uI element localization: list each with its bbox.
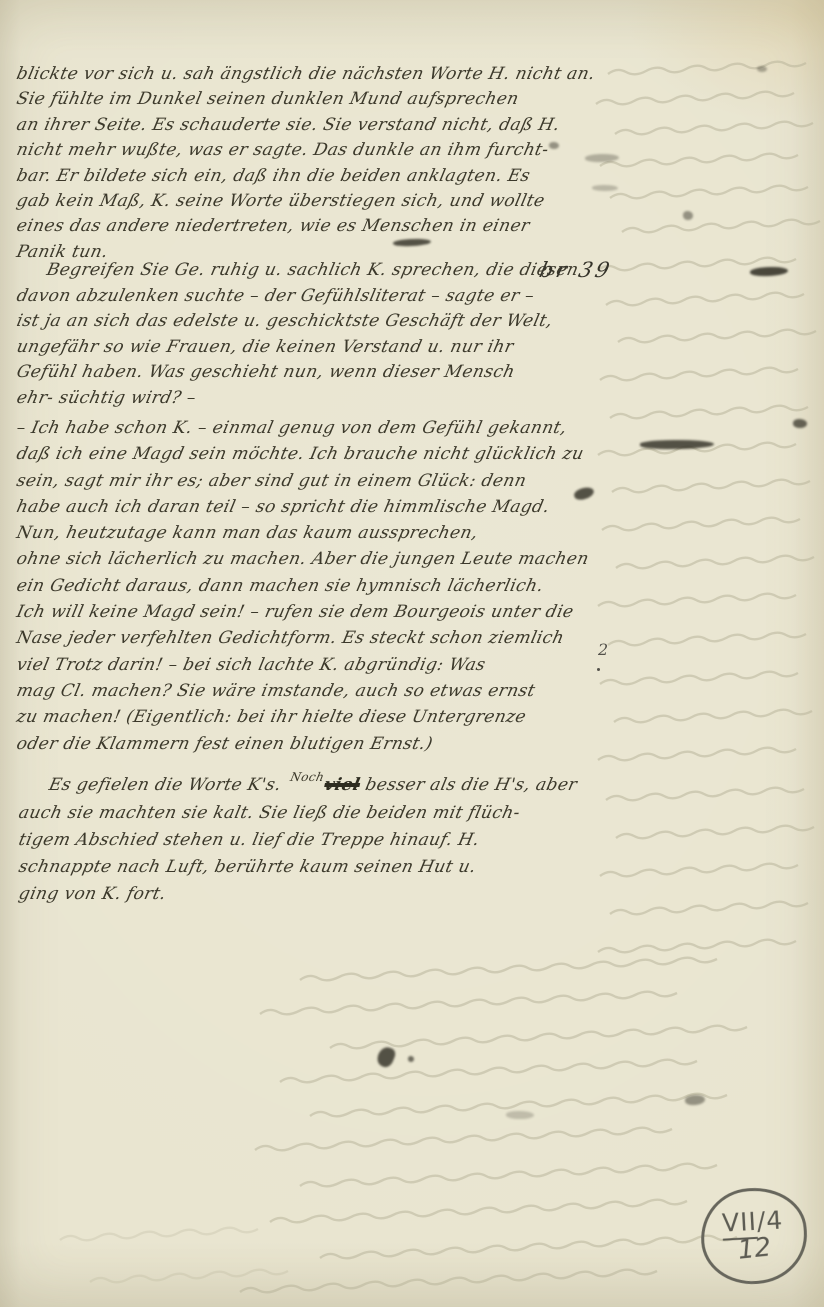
handwritten-line: viel Trotz darin! – bei sich lachte K. a…	[14, 652, 630, 678]
handwritten-line: schnappte nach Luft, berührte kaum seine…	[16, 854, 632, 881]
handwritten-line: ohne sich lächerlich zu machen. Aber die…	[14, 546, 630, 572]
ink-smudge	[408, 1056, 414, 1062]
ink-smudge	[685, 1094, 706, 1106]
ink-smudge	[549, 142, 559, 149]
handwritten-line: oder die Klammern fest einen blutigen Er…	[14, 731, 630, 757]
handwritten-line: habe auch ich daran teil – so spricht di…	[14, 494, 630, 520]
ink-smudge	[793, 419, 807, 428]
handwritten-line: gab kein Maß, K. seine Worte überstiegen…	[14, 189, 629, 214]
paragraph-4: Es gefielen die Worte K's. Nochviel bess…	[16, 772, 626, 908]
ink-smudge	[592, 185, 618, 191]
ink-smudge	[757, 66, 767, 72]
handwritten-line: davon abzulenken suchte – der Gefühlslit…	[14, 284, 629, 310]
line-text: besser als die H's, aber	[358, 775, 579, 795]
manuscript-page: blickte vor sich u. sah ängstlich die nä…	[0, 0, 824, 1307]
archive-stamp: VII/4 12	[698, 1184, 810, 1287]
handwritten-line: Nase jeder verfehlten Gedichtform. Es st…	[14, 625, 630, 651]
ink-smudge	[750, 266, 788, 277]
handwritten-line: tigem Abschied stehen u. lief die Treppe…	[16, 827, 632, 854]
ink-smudge	[683, 211, 693, 220]
handwritten-line: zu machen! (Eigentlich: bei ihr hielte d…	[14, 704, 630, 730]
handwritten-line: an ihrer Seite. Es schauderte sie. Sie v…	[14, 113, 629, 138]
stamp-number: 12	[737, 1233, 773, 1264]
page-mark: 2	[598, 640, 608, 659]
handwritten-line: blickte vor sich u. sah ängstlich die nä…	[14, 62, 629, 87]
handwritten-line: Nun, heutzutage kann man das kaum ausspr…	[14, 520, 630, 546]
handwritten-line: nicht mehr wußte, was er sagte. Das dunk…	[14, 138, 629, 163]
stamp-fraction: VII/4	[722, 1207, 784, 1236]
handwritten-line: ungefähr so wie Frauen, die keinen Verst…	[14, 335, 629, 361]
paragraph-3: – Ich habe schon K. – einmal genug von d…	[14, 415, 624, 757]
handwritten-line: auch sie machten sie kalt. Sie ließ die …	[16, 800, 632, 827]
paragraph-2: Begreifen Sie Ge. ruhig u. sachlich K. s…	[14, 258, 624, 412]
handwritten-line: Gefühl haben. Was geschieht nun, wenn di…	[14, 360, 629, 386]
inserted-word: Noch	[289, 770, 326, 784]
handwritten-line: ehr- süchtig wird? –	[14, 386, 629, 412]
ink-smudge	[506, 1111, 534, 1119]
ink-smudge	[640, 439, 714, 449]
handwritten-line: ging von K. fort.	[16, 881, 632, 908]
stamp-denominator: /4	[756, 1205, 784, 1235]
paragraph-1: blickte vor sich u. sah ängstlich die nä…	[14, 62, 624, 265]
line-text: Es gefielen die Worte K's.	[47, 775, 289, 795]
handwritten-line: – Ich habe schon K. – einmal genug von d…	[14, 415, 630, 441]
handwritten-line: ein Gedicht daraus, dann machen sie hymn…	[14, 573, 630, 599]
handwritten-line: daß ich eine Magd sein möchte. Ich brauc…	[14, 441, 630, 467]
handwritten-line-with-correction: Es gefielen die Worte K's. Nochviel bess…	[16, 772, 632, 800]
handwritten-line: sein, sagt mir ihr es; aber sind gut in …	[14, 468, 630, 494]
handwritten-line: eines das andere niedertreten, wie es Me…	[14, 214, 629, 239]
page-mark-dot	[597, 668, 600, 671]
struck-word: viel	[322, 775, 361, 795]
handwritten-line: Sie fühlte im Dunkel seinen dunklen Mund…	[14, 87, 629, 112]
handwritten-line: Ich will keine Magd sein! – rufen sie de…	[14, 599, 630, 625]
handwritten-line: mag Cl. machen? Sie wäre imstande, auch …	[14, 678, 630, 704]
ink-smudge	[375, 1045, 397, 1070]
handwritten-line: bar. Er bildete sich ein, daß ihn die be…	[14, 164, 629, 189]
margin-note: br 39	[537, 258, 615, 282]
handwritten-line: ist ja an sich das edelste u. geschickts…	[14, 309, 629, 335]
